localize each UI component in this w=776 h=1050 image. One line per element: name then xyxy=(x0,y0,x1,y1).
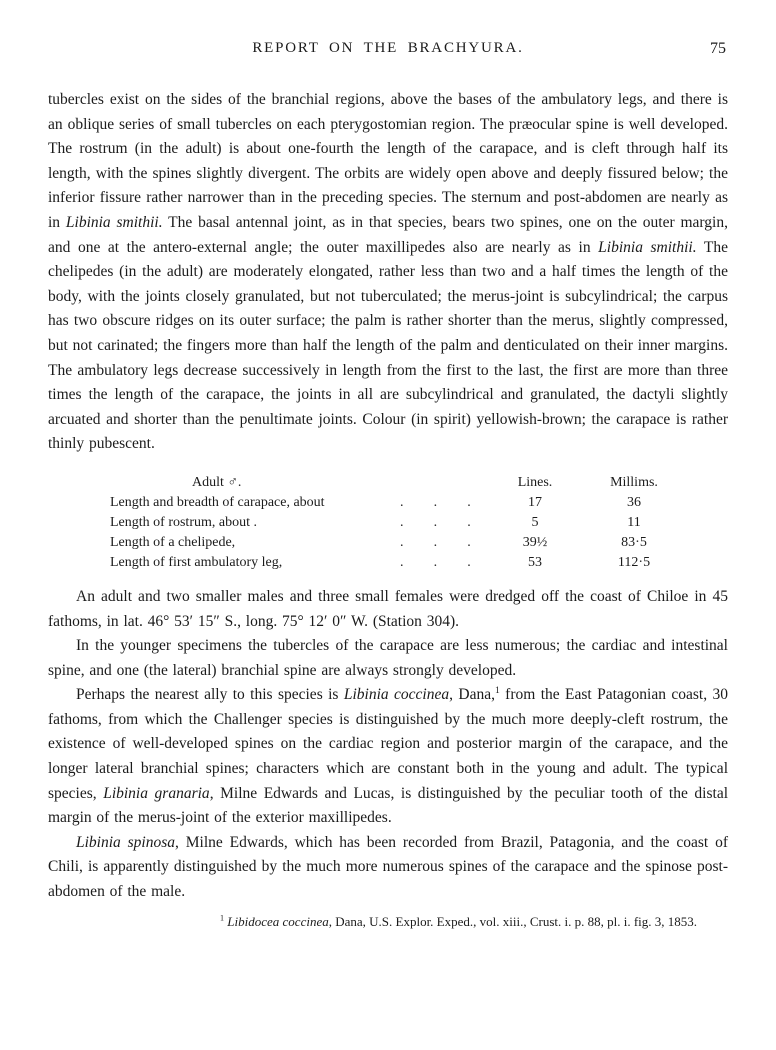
page-number: 75 xyxy=(710,40,726,58)
leader-dots: . . . . . xyxy=(390,513,490,533)
text-run: In the younger specimens the tubercles o… xyxy=(48,637,728,679)
value-millims: 11 xyxy=(580,513,688,533)
table-header-row: Adult ♂. Lines. Millims. xyxy=(110,473,688,493)
table-row: Length of first ambulatory leg, . . . . … xyxy=(110,553,688,573)
footnote-text: , Dana, U.S. Explor. Exped., vol. xiii.,… xyxy=(329,914,697,929)
table-row: Length and breadth of carapace, about . … xyxy=(110,493,688,513)
species-name: Libinia smithii. xyxy=(66,214,163,231)
text-run: tubercles exist on the sides of the bran… xyxy=(48,91,728,231)
paragraph-description: tubercles exist on the sides of the bran… xyxy=(48,88,728,457)
table-row: Length of rostrum, about . . . . . . 5 1… xyxy=(110,513,688,533)
value-lines: 5 xyxy=(490,513,580,533)
text-run: Perhaps the nearest ally to this species… xyxy=(76,686,344,703)
value-millims: 36 xyxy=(580,493,688,513)
text-run: The chelipedes (in the adult) are modera… xyxy=(48,239,728,453)
text-run: , Dana, xyxy=(449,686,495,703)
paragraph-libinia-spinosa: Libinia spinosa, Milne Edwards, which ha… xyxy=(48,831,728,905)
row-label: Length of a chelipede, xyxy=(110,533,390,553)
row-label: Length and breadth of carapace, about xyxy=(110,493,390,513)
row-label: Length of first ambulatory leg, xyxy=(110,553,390,573)
paragraph-affinities: Perhaps the nearest ally to this species… xyxy=(48,683,728,831)
document-page: REPORT ON THE BRACHYURA. 75 tubercles ex… xyxy=(0,0,776,1050)
value-millims: 83·5 xyxy=(580,533,688,553)
table-row: Length of a chelipede, . . . . . . 39½ 8… xyxy=(110,533,688,553)
text-run: An adult and two smaller males and three… xyxy=(48,588,728,630)
species-name: Libinia spinosa xyxy=(76,834,175,851)
species-name: Libinia granaria xyxy=(103,785,209,802)
species-name: Libinia coccinea xyxy=(344,686,449,703)
value-millims: 112·5 xyxy=(580,553,688,573)
footnote-species-name: Libidocea coccinea xyxy=(224,914,329,929)
row-label: Length of rostrum, about . xyxy=(110,513,390,533)
table-caption: Adult ♂. xyxy=(110,473,390,493)
value-lines: 53 xyxy=(490,553,580,573)
species-name: Libinia smithii. xyxy=(598,239,696,256)
leader-dots: . . . . . . xyxy=(390,533,490,553)
footnote: 1 Libidocea coccinea, Dana, U.S. Explor.… xyxy=(48,913,728,931)
running-title: REPORT ON THE BRACHYURA. xyxy=(48,40,728,57)
leader-dots: . . . . . xyxy=(390,553,490,573)
value-lines: 39½ xyxy=(490,533,580,553)
body-text: tubercles exist on the sides of the bran… xyxy=(48,88,728,931)
value-lines: 17 xyxy=(490,493,580,513)
column-header-lines: Lines. xyxy=(490,473,580,493)
paragraph-dredge-record: An adult and two smaller males and three… xyxy=(48,585,728,634)
paragraph-young-specimens: In the younger specimens the tubercles o… xyxy=(48,634,728,683)
leader-dots: . . . . xyxy=(390,493,490,513)
running-header: REPORT ON THE BRACHYURA. 75 xyxy=(48,40,728,62)
column-header-millims: Millims. xyxy=(580,473,688,493)
measurement-table: Adult ♂. Lines. Millims. Length and brea… xyxy=(48,473,728,573)
